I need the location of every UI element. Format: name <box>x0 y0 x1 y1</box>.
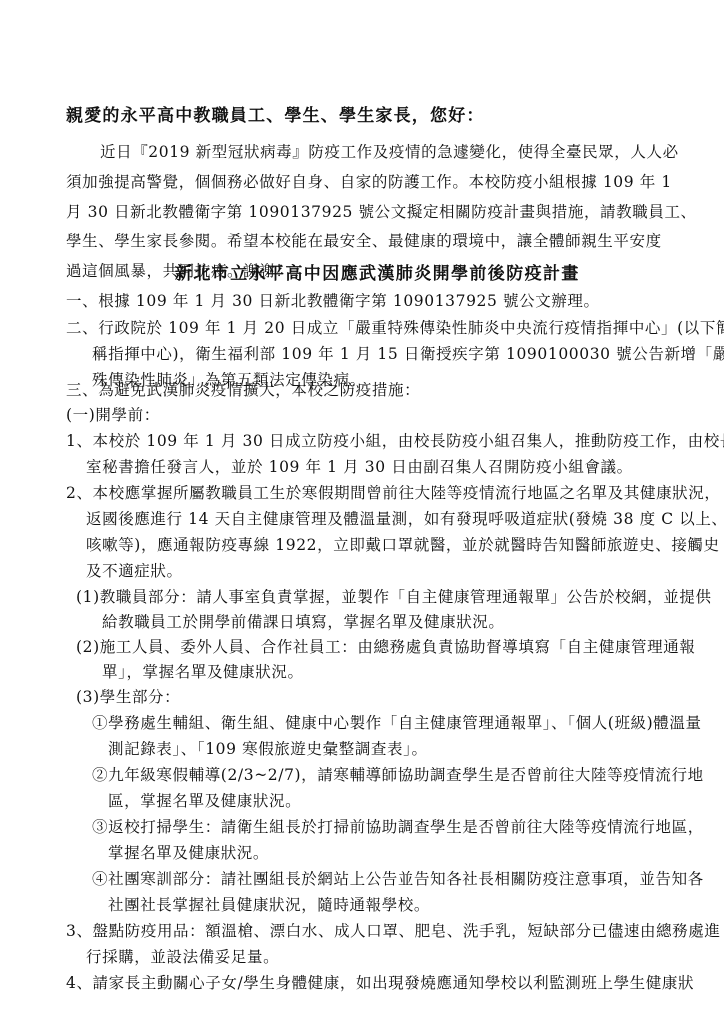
plan-title: 新北市立永平高中因應武漢肺炎開學前後防疫計畫 <box>175 264 580 284</box>
item-2-cont: 返國後應進行 14 天自主健康管理及體溫量測，如有發現呼吸道症狀(發燒 38 度… <box>86 509 724 529</box>
item-1-cont: 室秘書擔任發言人，並於 109 年 1 月 30 日由副召集人召開防疫小組會議。 <box>86 457 633 477</box>
student-item-4-cont: 社團社長掌握社員健康狀況，隨時通報學校。 <box>108 895 430 915</box>
item-2-1-cont: 給教職員工於開學前備課日填寫，掌握名單及健康狀況。 <box>102 612 505 632</box>
intro-line: 須加強提高警覺，個個務必做好自身、自家的防護工作。本校防疫小組根據 109 年 … <box>66 172 672 192</box>
item-3-cont: 行採購，並設法備妥足量。 <box>86 947 279 967</box>
item-2-cont: 咳嗽等)，應通報防疫專線 1922，立即戴口罩就醫，並於就醫時告知醫師旅遊史、接… <box>86 535 720 555</box>
item-2: 2、本校應掌握所屬教職員工生於寒假期間曾前往大陸等疫情流行地區之名單及其健康狀況… <box>66 483 720 503</box>
item-2-1-staff: (1)教職員部分：請人事室負責掌握，並製作「自主健康管理通報單」公告於校網，並提… <box>76 587 712 607</box>
student-item-4: ④社團寒訓部分：請社團組長於網站上公告並告知各社長相關防疫注意事項，並告知各 <box>92 869 704 889</box>
student-item-2-cont: 區，掌握名單及健康狀況。 <box>108 791 301 811</box>
student-item-1-cont: 測記錄表」、「109 寒假旅遊史彙整調查表」。 <box>108 739 428 759</box>
item-3: 3、盤點防疫用品：額溫槍、漂白水、成人口罩、肥皂、洗手乳，短缺部分已儘速由總務處… <box>66 921 720 941</box>
intro-line: 學生、學生家長參閱。希望本校能在最安全、最健康的環境中，讓全體師親生平安度 <box>66 231 662 251</box>
student-item-3: ③返校打掃學生：請衛生組長於打掃前協助調查學生是否曾前往大陸等疫情流行地區， <box>92 817 704 837</box>
student-item-1: ①學務處生輔組、衛生組、健康中心製作「自主健康管理通報單」、「個人(班級)體溫量 <box>92 713 702 733</box>
section-1: 一、根據 109 年 1 月 30 日新北教體衛字第 1090137925 號公… <box>66 291 600 311</box>
section-2: 二、行政院於 109 年 1 月 20 日成立「嚴重特殊傳染性肺炎中央流行疫情指… <box>66 318 724 338</box>
student-item-2: ②九年級寒假輔導(2/3~2/7)，請寒輔導師協助調查學生是否曾前往大陸等疫情流… <box>92 765 704 785</box>
item-2-cont: 及不適症狀。 <box>86 561 183 581</box>
item-2-3-students: (3)學生部分： <box>76 687 180 707</box>
intro-line: 近日『2019 新型冠狀病毒』防疫工作及疫情的急遽變化，使得全臺民眾，人人必 <box>100 142 679 162</box>
intro-line: 月 30 日新北教體衛字第 1090137925 號公文擬定相關防疫計畫與措施，… <box>66 202 697 222</box>
section-3: 三、為避免武漢肺炎疫情擴大，本校之防疫措施： <box>66 380 420 400</box>
student-item-3-cont: 掌握名單及健康狀況。 <box>108 843 269 863</box>
subsection-before-school: (一)開學前： <box>66 405 160 425</box>
greeting: 親愛的永平高中教職員工、學生、學生家長，您好： <box>66 106 485 126</box>
item-4: 4、請家長主動關心子女/學生身體健康，如出現發燒應通知學校以利監測班上學生健康狀 <box>66 973 694 993</box>
item-2-2-contractors: (2)施工人員、委外人員、合作社員工：由總務處負責協助督導填寫「自主健康管理通報 <box>76 637 695 657</box>
item-1: 1、本校於 109 年 1 月 30 日成立防疫小組，由校長防疫小組召集人，推動… <box>66 431 724 451</box>
document-page: 親愛的永平高中教職員工、學生、學生家長，您好： 近日『2019 新型冠狀病毒』防… <box>0 0 724 1024</box>
item-2-2-cont: 單」，掌握名單及健康狀況。 <box>102 662 304 682</box>
section-2-cont: 稱指揮中心)，衛生福利部 109 年 1 月 15 日衛授疾字第 1090100… <box>92 344 724 364</box>
